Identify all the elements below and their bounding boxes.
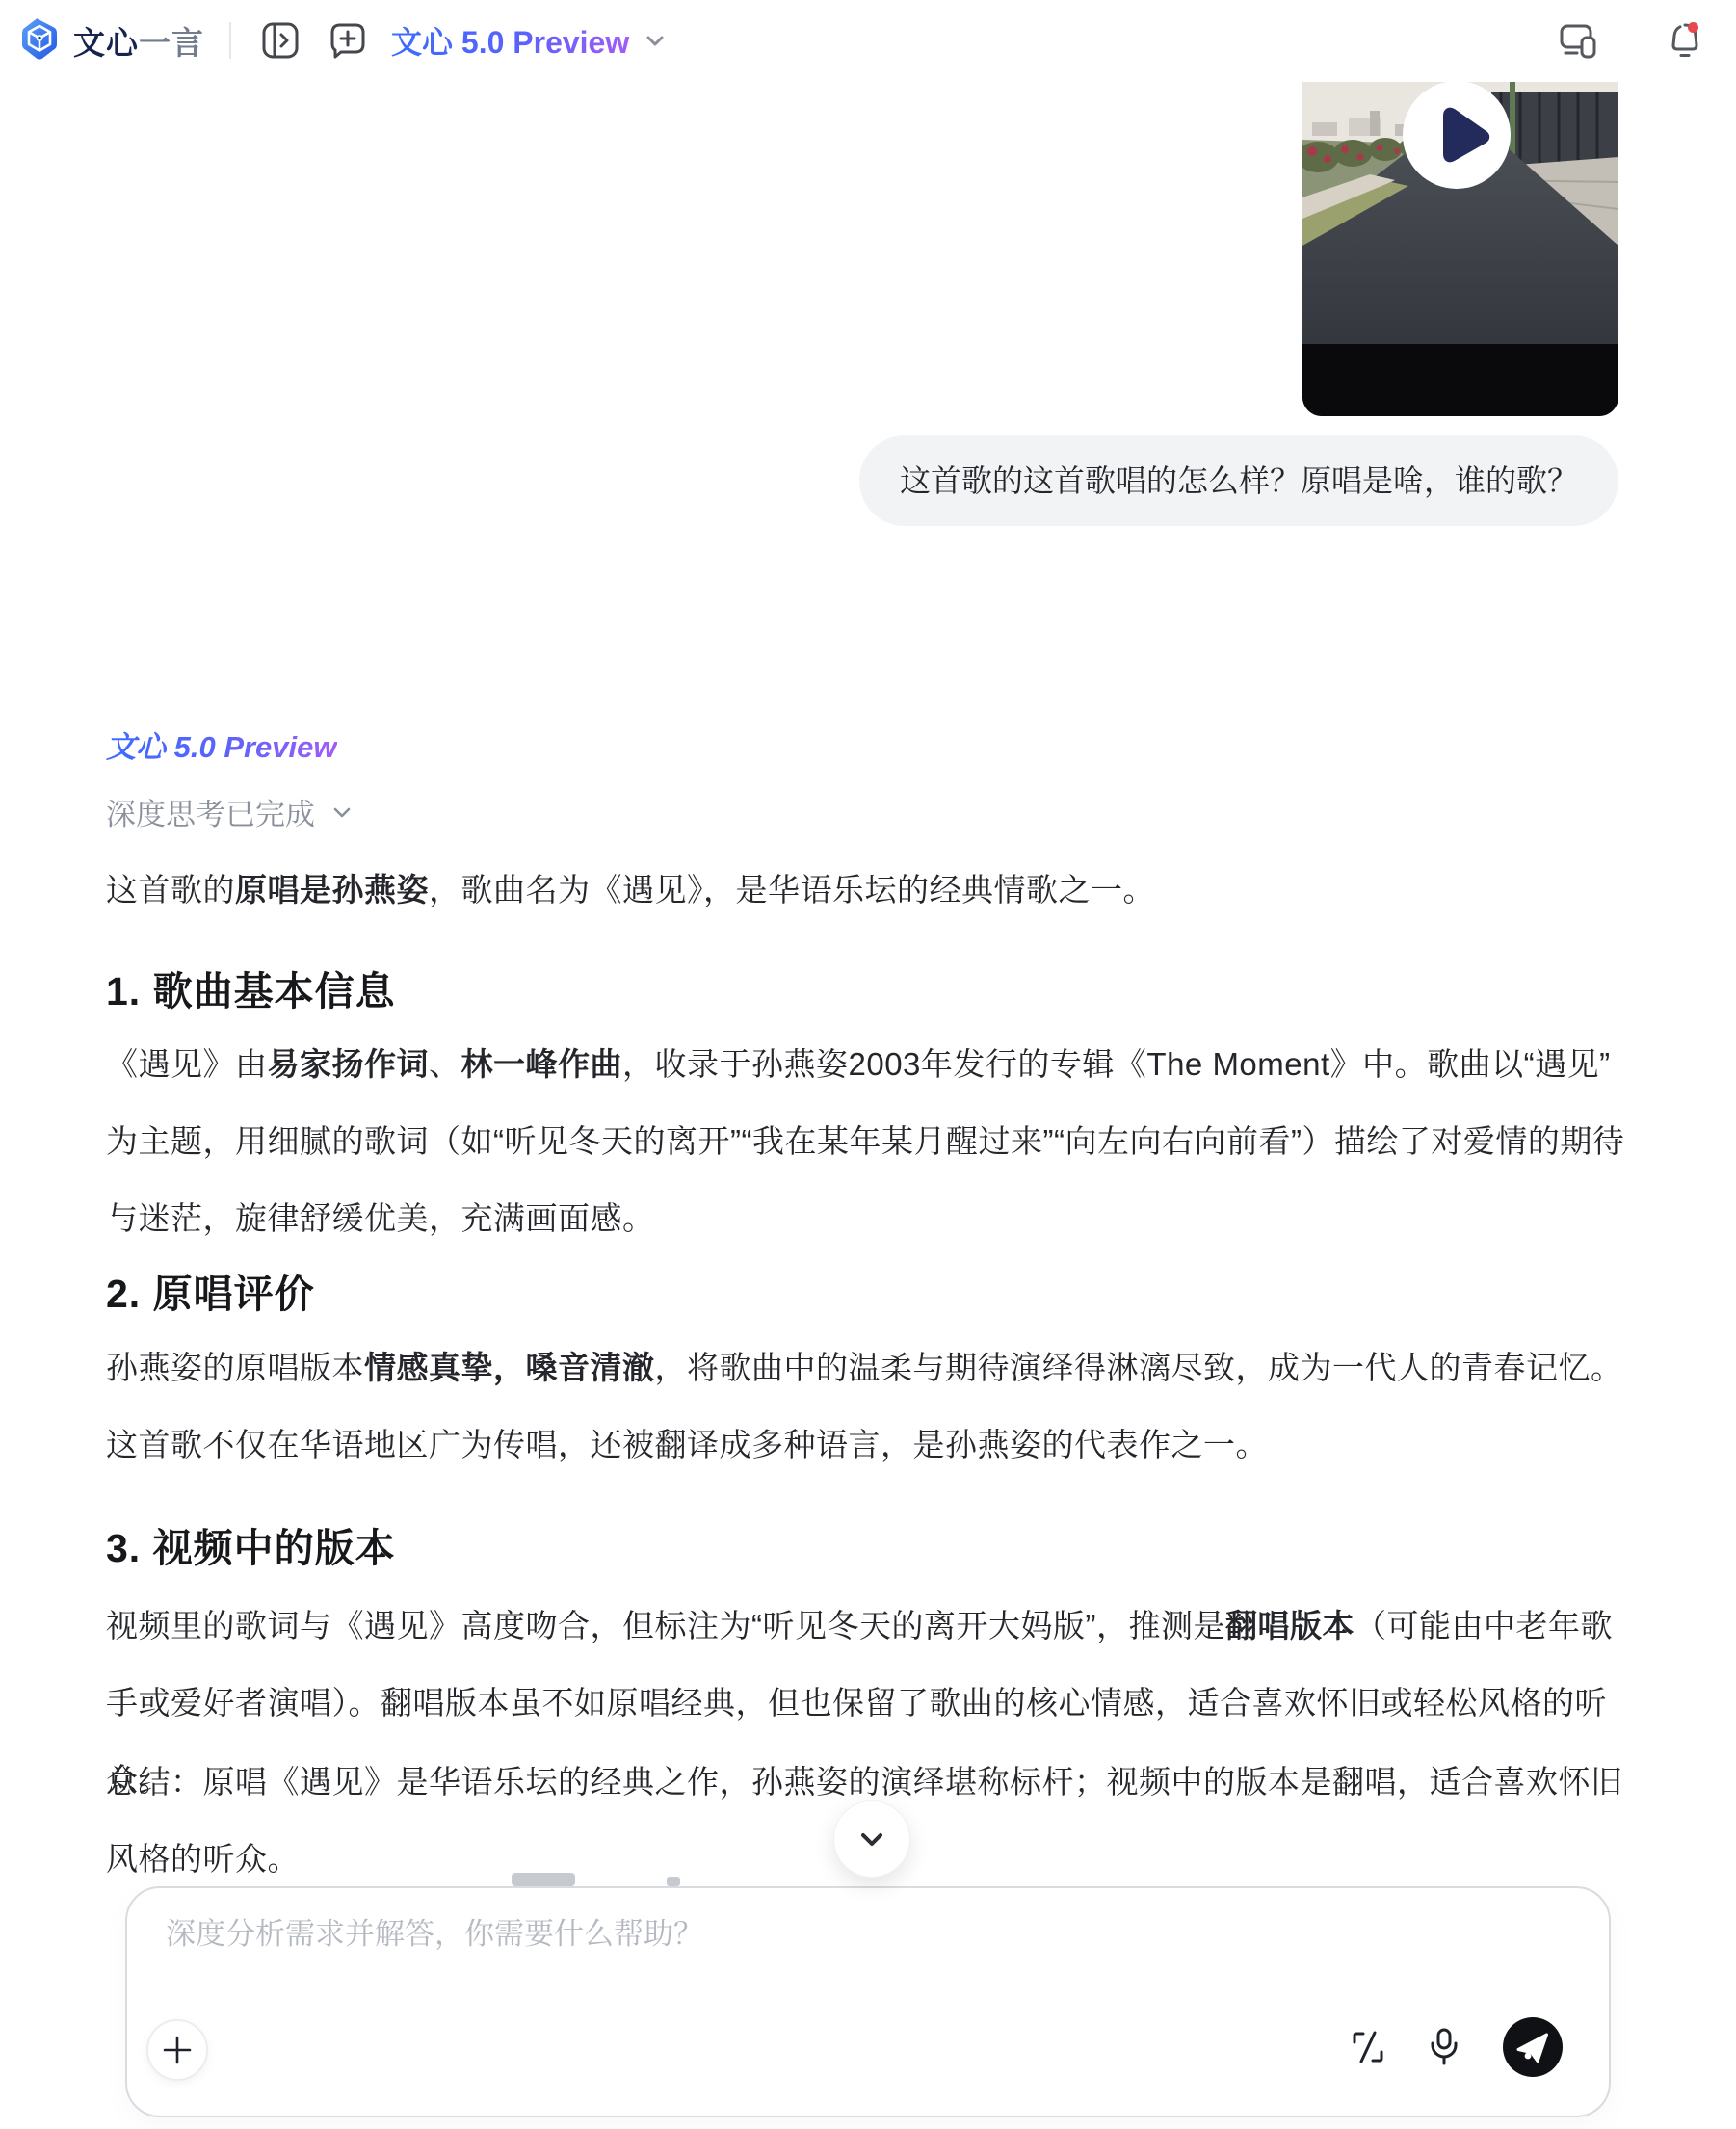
thinking-status-label: 深度思考已完成 — [106, 790, 315, 833]
section-2-heading: 2. 原唱评价 — [106, 1268, 1632, 1320]
thinking-status-toggle[interactable]: 深度思考已完成 — [106, 790, 355, 833]
send-plane-icon — [1503, 2017, 1563, 2077]
plus-icon — [161, 2034, 194, 2066]
brand[interactable]: 文心一言 — [17, 16, 204, 66]
play-button[interactable] — [1403, 81, 1511, 189]
composer — [125, 1886, 1611, 2117]
shortcut-command-icon[interactable] — [1351, 2029, 1385, 2065]
brand-text-primary: 文心 — [73, 25, 139, 61]
message-input[interactable] — [166, 1913, 1370, 1956]
model-selector-label: 文心 5.0 Preview — [391, 18, 629, 63]
assistant-model-label: 文心 5.0 Preview — [106, 723, 337, 766]
devices-icon[interactable] — [1557, 18, 1601, 63]
scroll-to-bottom-button[interactable] — [833, 1800, 910, 1878]
sidebar-expand-icon[interactable] — [258, 18, 302, 63]
header: 文心一言 文心 5.0 Preview — [0, 10, 1736, 71]
chevron-down-icon — [643, 28, 668, 53]
hidden-toolbar-sliver — [512, 1873, 575, 1886]
send-button[interactable] — [1503, 2017, 1563, 2077]
play-icon — [1403, 81, 1511, 189]
attach-plus-button[interactable] — [146, 2019, 208, 2081]
section-1-paragraph: 《遇见》由易家扬作词、林一峰作曲，收录于孙燕姿2003年发行的专辑《The Mo… — [106, 1026, 1632, 1257]
section-2-paragraph: 孙燕姿的原唱版本情感真挚，嗓音清澈，将歌曲中的温柔与期待演绎得淋漓尽致，成为一代… — [106, 1329, 1632, 1484]
brand-text-secondary: 一言 — [139, 25, 204, 61]
new-chat-icon[interactable] — [326, 18, 370, 63]
user-message-bubble: 这首歌的这首歌唱的怎么样？原唱是啥，谁的歌？ — [859, 435, 1618, 526]
chevron-down-icon — [329, 799, 355, 826]
brand-text: 文心一言 — [73, 18, 204, 64]
chevron-down-icon — [855, 1822, 889, 1856]
microphone-icon[interactable] — [1428, 2028, 1460, 2066]
header-divider — [229, 22, 231, 59]
header-right — [1557, 18, 1707, 63]
section-1-heading: 1. 歌曲基本信息 — [106, 965, 1632, 1017]
hidden-toolbar-sliver — [667, 1877, 680, 1886]
composer-actions — [1351, 2017, 1563, 2077]
assistant-intro-paragraph: 这首歌的原唱是孙燕姿，歌曲名为《遇见》，是华语乐坛的经典情歌之一。 — [106, 852, 1632, 929]
chat-page: 文心一言 文心 5.0 Preview — [0, 0, 1736, 2129]
section-3-heading: 3. 视频中的版本 — [106, 1522, 1632, 1574]
wenxin-logo-icon — [17, 16, 62, 66]
model-selector[interactable]: 文心 5.0 Preview — [391, 18, 668, 63]
notification-bell-icon[interactable] — [1663, 18, 1707, 63]
